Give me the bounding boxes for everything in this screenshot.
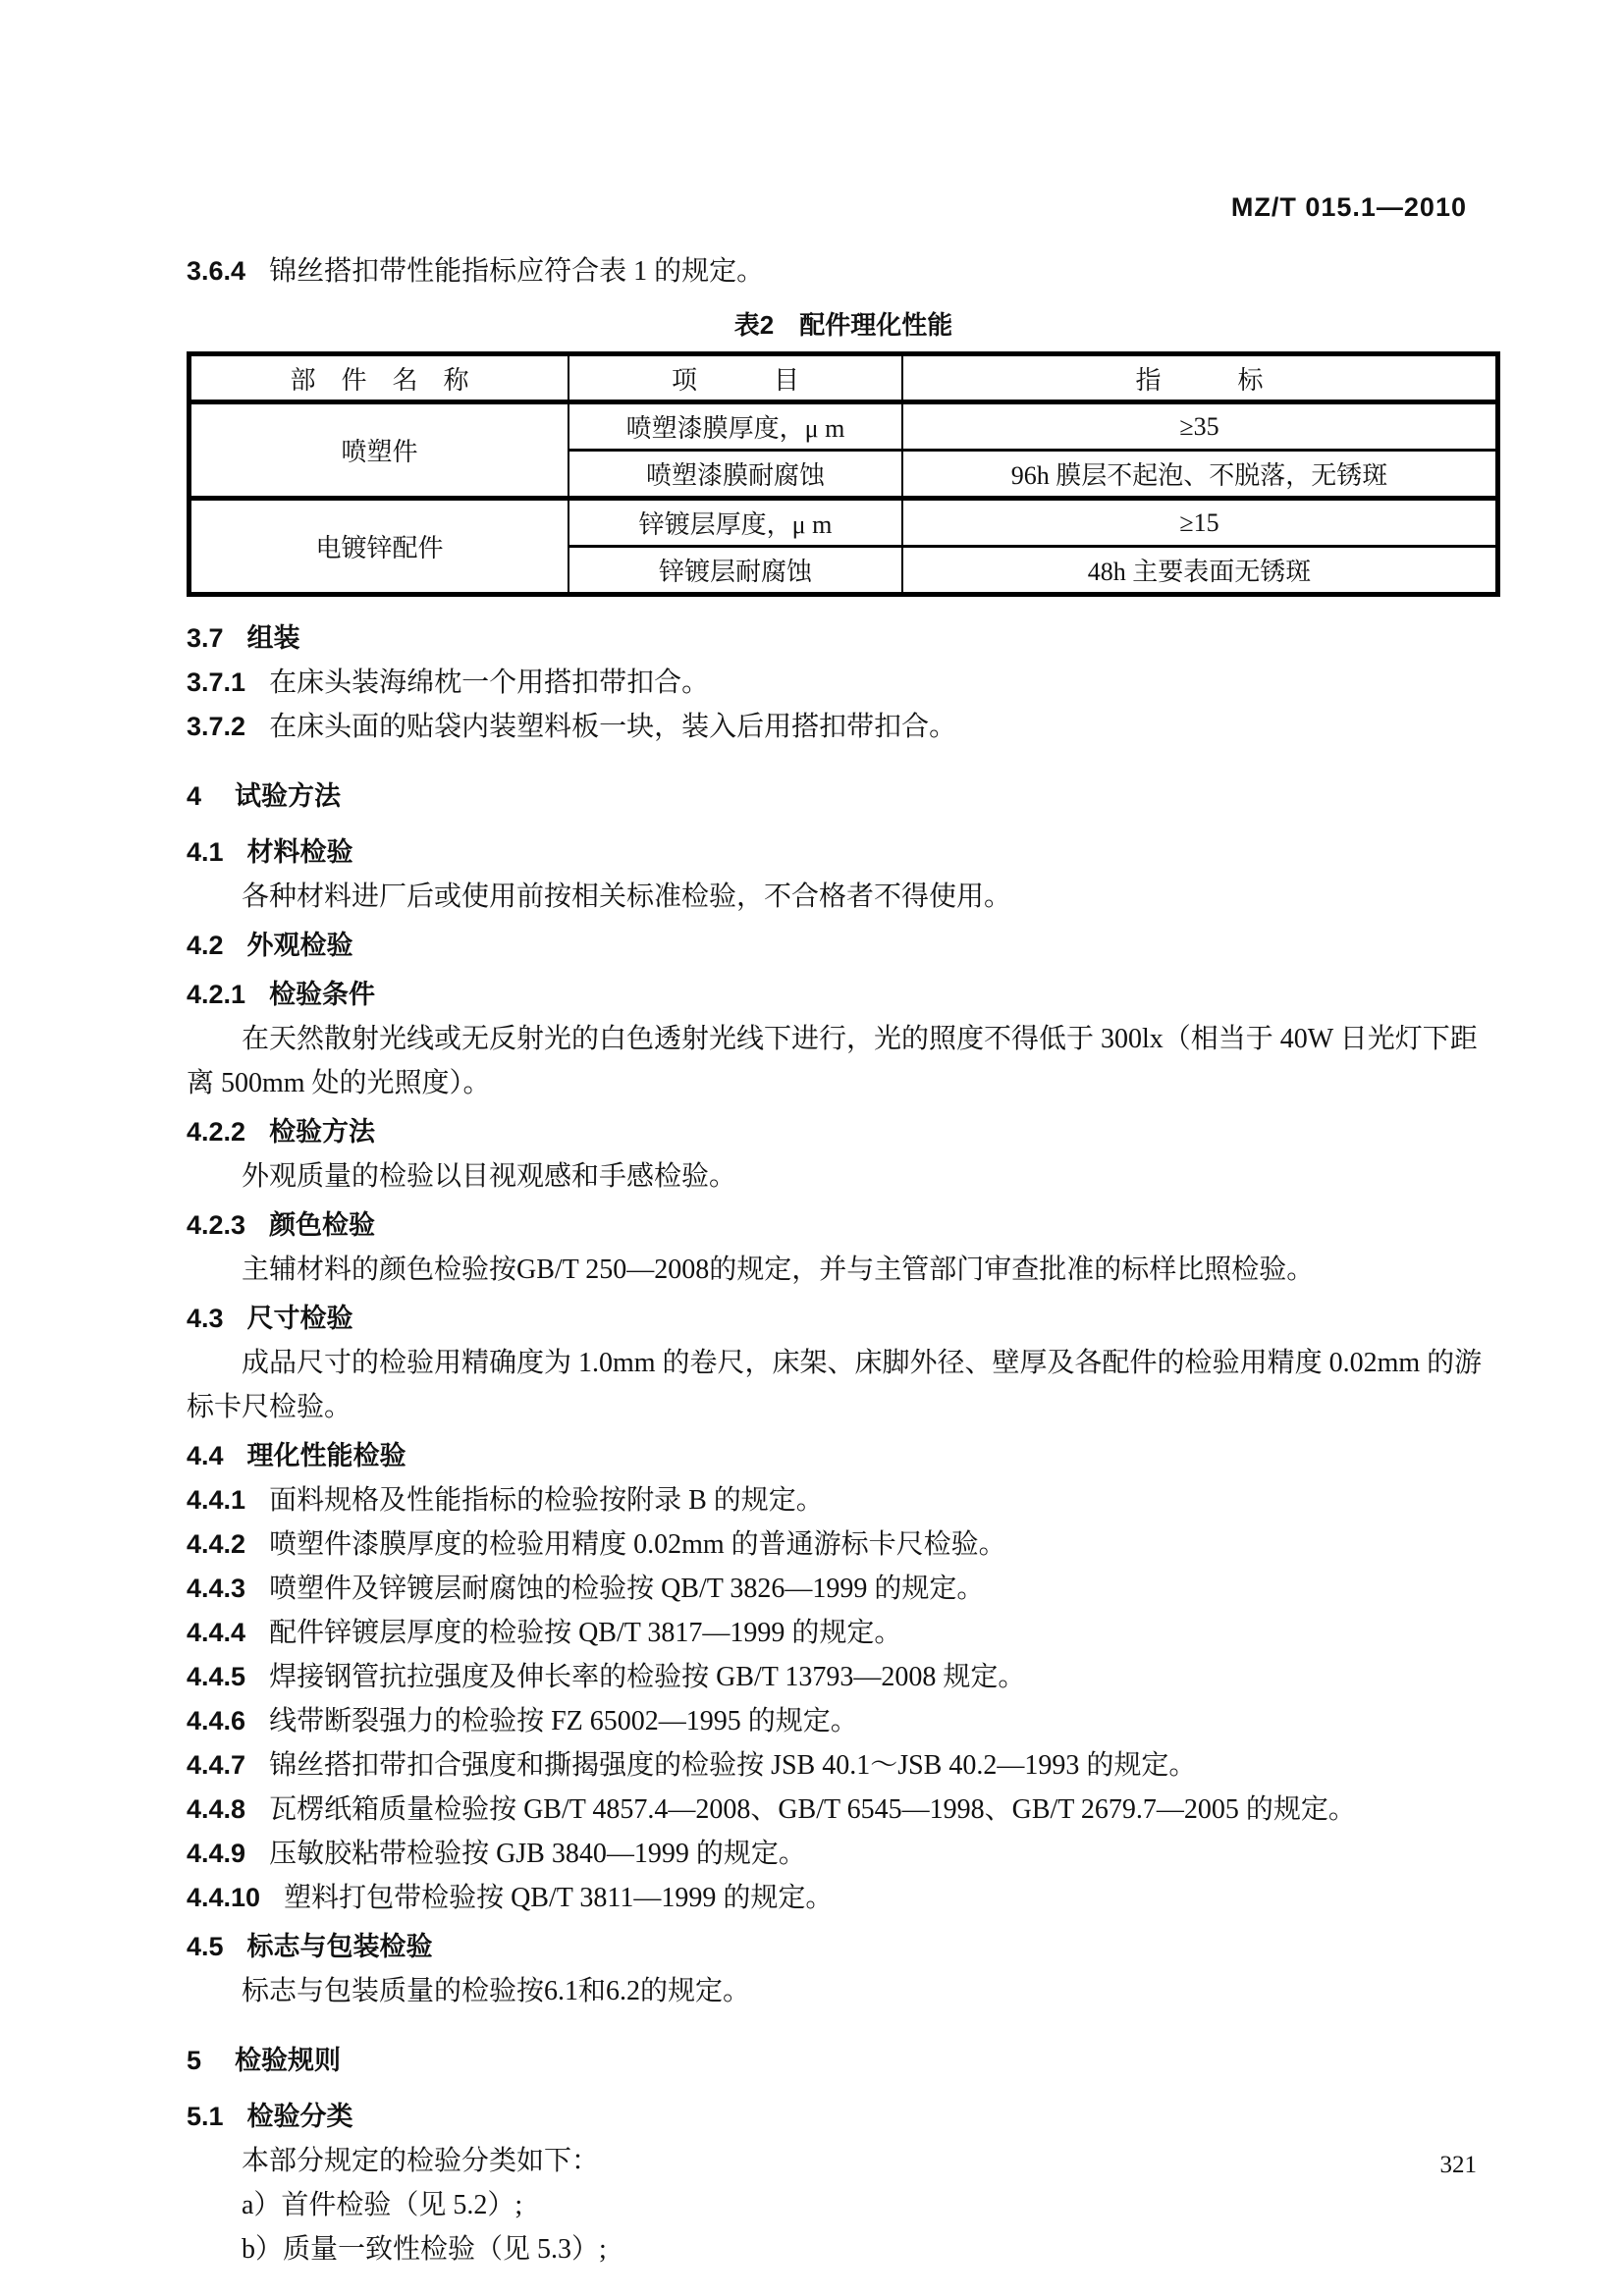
clause-number: 4.3 (187, 1304, 224, 1333)
standard-number: MZ/T 015.1—2010 (1231, 192, 1467, 223)
text: 理化性能检验 (247, 1441, 406, 1470)
clause-number: 4.4.10 (187, 1883, 260, 1912)
clause: 4.4.9压敏胶粘带检验按 GJB 3840—1999 的规定。 (187, 1832, 1500, 1876)
text: 喷塑件漆膜厚度的检验用精度 0.02mm 的普通游标卡尺检验。 (269, 1529, 1006, 1560)
paragraph: 主辅材料的颜色检验按GB/T 250—2008的规定，并与主管部门审查批准的标样… (187, 1248, 1500, 1292)
clause: 4.4.7锦丝搭扣带扣合强度和撕揭强度的检验按 JSB 40.1～JSB 40.… (187, 1743, 1500, 1788)
clause-number: 4.4.2 (187, 1529, 245, 1559)
section-heading: 4.2外观检验 (187, 924, 1500, 968)
col-header-part: 部 件 名 称 (189, 354, 569, 402)
section-heading: 4.2.3颜色检验 (187, 1203, 1500, 1248)
table-row: 电镀锌配件 锌镀层厚度，μ m ≥15 (189, 499, 1498, 547)
section-heading: 4.1材料检验 (187, 830, 1500, 875)
text: 外观检验 (247, 931, 353, 960)
item-cell: 喷塑漆膜耐腐蚀 (568, 451, 902, 499)
spec-cell: ≥35 (902, 402, 1498, 451)
paragraph: 各种材料进厂后或使用前按相关标准检验，不合格者不得使用。 (187, 875, 1500, 919)
paragraph: 本部分规定的检验分类如下： (187, 2139, 1500, 2183)
text: 成品尺寸的检验用精确度为 1.0mm 的卷尺，床架、床脚外径、壁厚及各配件的检验… (187, 1348, 1482, 1422)
spec-cell: ≥15 (902, 499, 1498, 547)
clause: 4.4.2喷塑件漆膜厚度的检验用精度 0.02mm 的普通游标卡尺检验。 (187, 1522, 1500, 1567)
clause-number: 3.7.1 (187, 667, 245, 697)
text: 在天然散射光线或无反射光的白色透射光线下进行，光的照度不得低于 300lx（相当… (187, 1024, 1478, 1098)
clause: 4.4.6线带断裂强力的检验按 FZ 65002—1995 的规定。 (187, 1699, 1500, 1743)
part-name-cell: 喷塑件 (189, 402, 569, 499)
text: 塑料打包带检验按 QB/T 3811—1999 的规定。 (284, 1883, 833, 1913)
clause-text: 锦丝搭扣带性能指标应符合表 1 的规定。 (269, 256, 764, 287)
clause-number: 4.4.6 (187, 1706, 245, 1735)
page-number: 321 (1440, 2152, 1478, 2179)
section-heading: 4.4理化性能检验 (187, 1434, 1500, 1478)
list-item: a）首件检验（见 5.2）; (187, 2183, 1500, 2227)
clause-number: 4.4.1 (187, 1485, 245, 1515)
text: 瓦楞纸箱质量检验按 GB/T 4857.4—2008、GB/T 6545—199… (269, 1794, 1356, 1825)
section-heading: 4.5标志与包装检验 (187, 1925, 1500, 1969)
spec-cell: 96h 膜层不起泡、不脱落，无锈斑 (902, 451, 1498, 499)
clause-number: 4.4 (187, 1441, 224, 1470)
clause-number: 4.4.9 (187, 1839, 245, 1868)
clause: 4.4.1面料规格及性能指标的检验按附录 B 的规定。 (187, 1478, 1500, 1522)
section-heading: 4.2.1检验条件 (187, 973, 1500, 1017)
list-item: b）质量一致性检验（见 5.3）; (187, 2227, 1500, 2271)
text: 压敏胶粘带检验按 GJB 3840—1999 的规定。 (269, 1839, 806, 1869)
clause: 4.4.5焊接钢管抗拉强度及伸长率的检验按 GB/T 13793—2008 规定… (187, 1655, 1500, 1699)
paragraph: 在天然散射光线或无反射光的白色透射光线下进行，光的照度不得低于 300lx（相当… (187, 1017, 1500, 1105)
section-heading: 4.2.2检验方法 (187, 1110, 1500, 1154)
text: 检验条件 (269, 980, 375, 1009)
clause-number: 3.7.2 (187, 712, 245, 741)
table-header-row: 部 件 名 称 项 目 指 标 (189, 354, 1498, 402)
text: 焊接钢管抗拉强度及伸长率的检验按 GB/T 13793—2008 规定。 (269, 1662, 1025, 1692)
spec-cell: 48h 主要表面无锈斑 (902, 547, 1498, 595)
text: 线带断裂强力的检验按 FZ 65002—1995 的规定。 (269, 1706, 858, 1736)
text: 组装 (247, 623, 300, 653)
clause-number: 5 (187, 2046, 201, 2075)
text: 检验方法 (269, 1117, 375, 1147)
spec-table: 部 件 名 称 项 目 指 标 喷塑件 喷塑漆膜厚度，μ m ≥35 喷塑漆膜耐… (187, 351, 1500, 597)
paragraph: 标志与包装质量的检验按6.1和6.2的规定。 (187, 1969, 1500, 2013)
item-cell: 锌镀层厚度，μ m (568, 499, 902, 547)
clause-number: 4.2.1 (187, 980, 245, 1009)
clause-number: 4 (187, 781, 201, 811)
text: 外观质量的检验以目视观感和手感检验。 (242, 1161, 736, 1192)
clause-number: 4.4.8 (187, 1794, 245, 1824)
clause-number: 4.2.3 (187, 1210, 245, 1240)
clause-number: 3.6.4 (187, 256, 245, 286)
text: b）质量一致性检验（见 5.3）; (242, 2234, 607, 2265)
text: 检验规则 (235, 2046, 341, 2075)
text: 锦丝搭扣带扣合强度和撕揭强度的检验按 JSB 40.1～JSB 40.2—199… (269, 1750, 1196, 1781)
clause-number: 5.1 (187, 2102, 224, 2131)
text: 材料检验 (247, 837, 353, 867)
document-content: 3.6.4锦丝搭扣带性能指标应符合表 1 的规定。 表2 配件理化性能 部 件 … (187, 249, 1500, 2271)
clause-number: 4.4.4 (187, 1618, 245, 1647)
clause-number: 4.1 (187, 837, 224, 867)
text: 试验方法 (235, 781, 341, 811)
paragraph: 成品尺寸的检验用精确度为 1.0mm 的卷尺，床架、床脚外径、壁厚及各配件的检验… (187, 1341, 1500, 1429)
text: 喷塑件及锌镀层耐腐蚀的检验按 QB/T 3826—1999 的规定。 (269, 1574, 984, 1604)
clause: 3.7.2在床头面的贴袋内装塑料板一块，装入后用搭扣带扣合。 (187, 705, 1500, 749)
text: 面料规格及性能指标的检验按附录 B 的规定。 (269, 1485, 824, 1516)
clause-number: 4.4.7 (187, 1750, 245, 1780)
sections-container: 3.7组装3.7.1在床头装海绵枕一个用搭扣带扣合。3.7.2在床头面的贴袋内装… (187, 616, 1500, 2271)
clause: 3.7.1在床头装海绵枕一个用搭扣带扣合。 (187, 661, 1500, 705)
text: 标志与包装检验 (247, 1932, 433, 1961)
text: 在床头装海绵枕一个用搭扣带扣合。 (269, 667, 709, 698)
clause-number: 4.5 (187, 1932, 224, 1961)
col-header-spec: 指 标 (902, 354, 1498, 402)
text: 尺寸检验 (247, 1304, 353, 1333)
clause: 4.4.3喷塑件及锌镀层耐腐蚀的检验按 QB/T 3826—1999 的规定。 (187, 1567, 1500, 1611)
text: 标志与包装质量的检验按6.1和6.2的规定。 (242, 1976, 750, 2006)
section-heading: 3.7组装 (187, 616, 1500, 661)
text: 本部分规定的检验分类如下： (242, 2146, 599, 2176)
text: 颜色检验 (269, 1210, 375, 1240)
clause-number: 3.7 (187, 623, 224, 653)
col-header-item: 项 目 (568, 354, 902, 402)
clause-number: 4.2.2 (187, 1117, 245, 1147)
clause-number: 4.4.5 (187, 1662, 245, 1691)
text: 主辅材料的颜色检验按GB/T 250—2008的规定，并与主管部门审查批准的标样… (242, 1255, 1314, 1285)
paragraph: 外观质量的检验以目视观感和手感检验。 (187, 1154, 1500, 1199)
clause: 4.4.4配件锌镀层厚度的检验按 QB/T 3817—1999 的规定。 (187, 1611, 1500, 1655)
document-page: MZ/T 015.1—2010 3.6.4锦丝搭扣带性能指标应符合表 1 的规定… (0, 0, 1624, 2296)
section-heading: 5.1检验分类 (187, 2095, 1500, 2139)
chapter-heading: 5检验规则 (187, 2039, 1500, 2083)
table-row: 喷塑件 喷塑漆膜厚度，μ m ≥35 (189, 402, 1498, 451)
text: 各种材料进厂后或使用前按相关标准检验，不合格者不得使用。 (242, 881, 1011, 912)
item-cell: 喷塑漆膜厚度，μ m (568, 402, 902, 451)
text: 检验分类 (247, 2102, 353, 2131)
part-name-cell: 电镀锌配件 (189, 499, 569, 595)
text: 配件锌镀层厚度的检验按 QB/T 3817—1999 的规定。 (269, 1618, 901, 1648)
text: a）首件检验（见 5.2）; (242, 2190, 522, 2220)
clause-number: 4.2 (187, 931, 224, 960)
clause-number: 4.4.3 (187, 1574, 245, 1603)
chapter-heading: 4试验方法 (187, 774, 1500, 819)
text: 在床头面的贴袋内装塑料板一块，装入后用搭扣带扣合。 (269, 712, 956, 742)
item-cell: 锌镀层耐腐蚀 (568, 547, 902, 595)
table-caption: 表2 配件理化性能 (187, 305, 1500, 342)
clause: 3.6.4锦丝搭扣带性能指标应符合表 1 的规定。 (187, 249, 1500, 294)
clause: 4.4.8瓦楞纸箱质量检验按 GB/T 4857.4—2008、GB/T 654… (187, 1788, 1500, 1832)
section-heading: 4.3尺寸检验 (187, 1297, 1500, 1341)
clause: 4.4.10塑料打包带检验按 QB/T 3811—1999 的规定。 (187, 1876, 1500, 1920)
